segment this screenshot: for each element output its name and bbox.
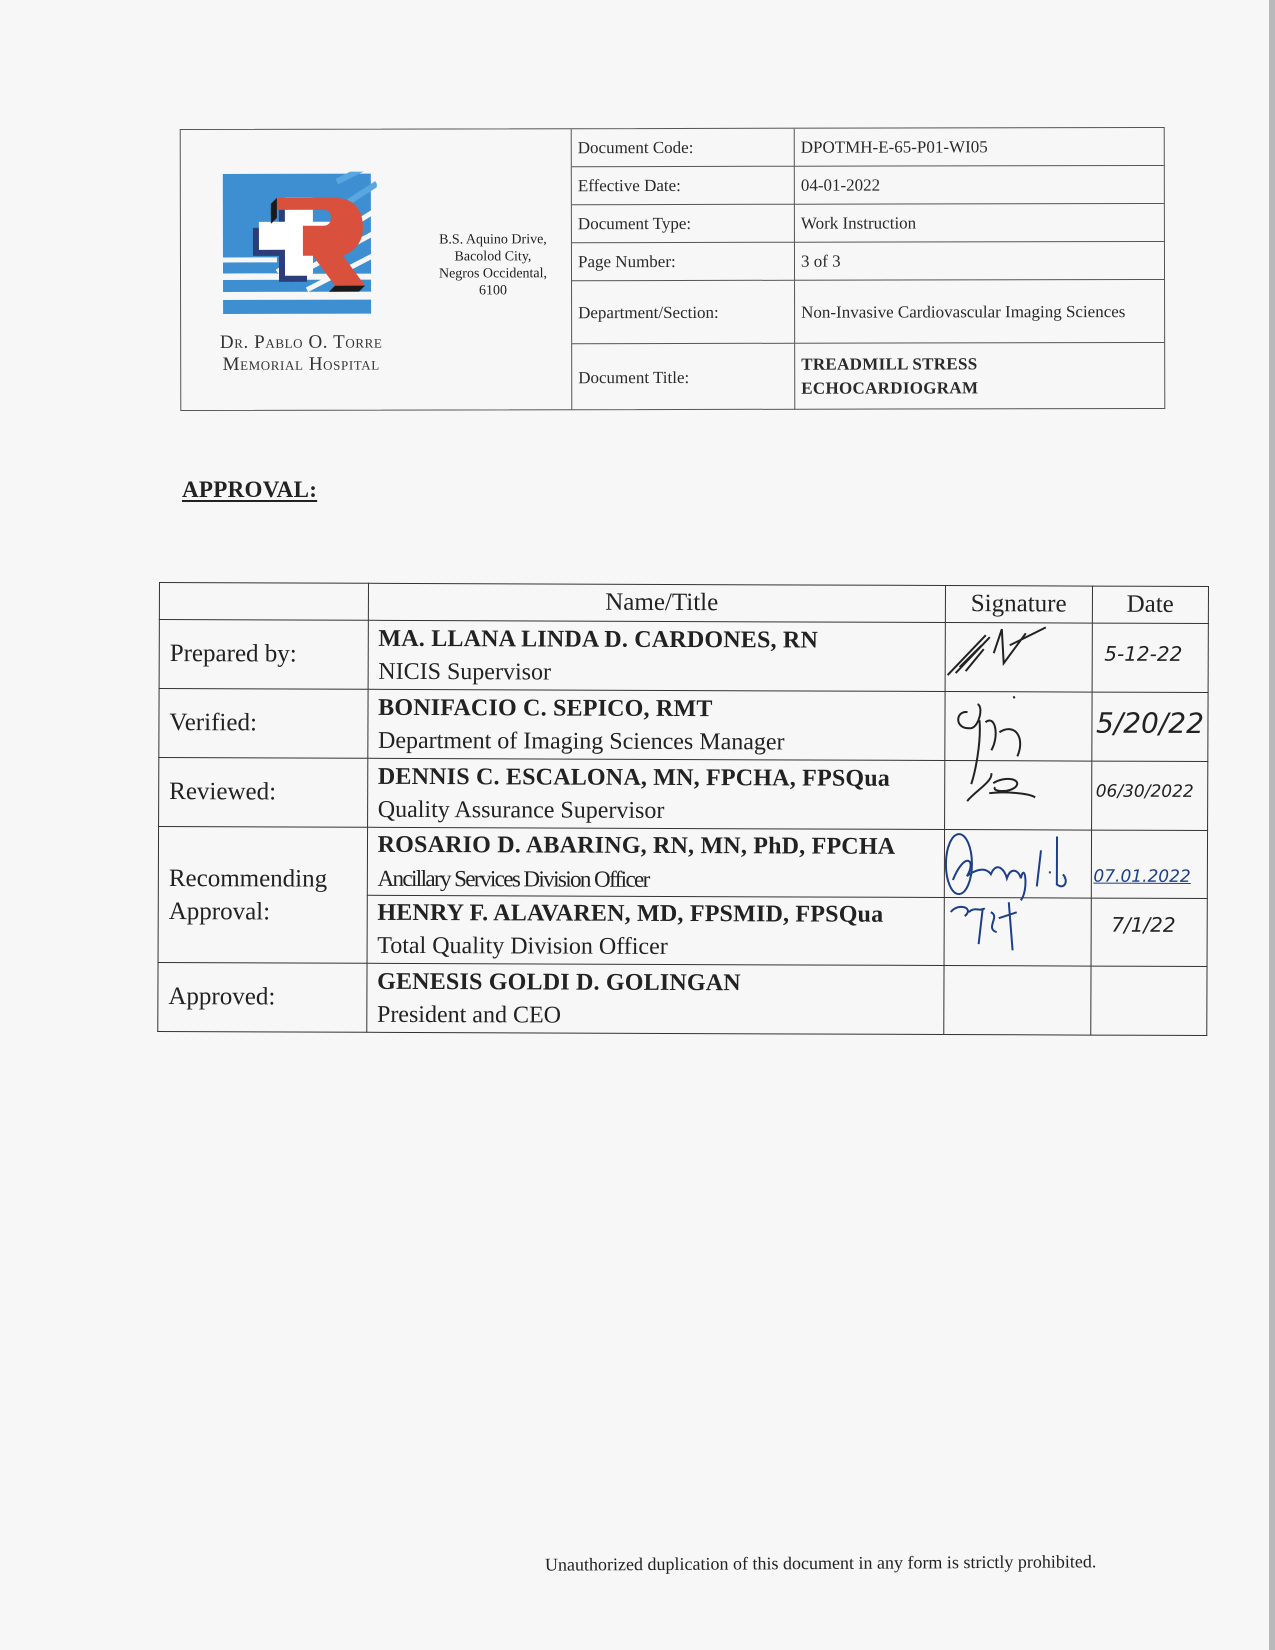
effective-date-value: 04-01-2022 xyxy=(794,165,1164,204)
name-title-cell: HENRY F. ALAVAREN, MD, FPSMID, FPSQua To… xyxy=(367,895,945,965)
role-label: Reviewed: xyxy=(159,758,368,828)
signatory-title: NICIS Supervisor xyxy=(378,655,944,690)
role-label: Prepared by: xyxy=(159,620,368,690)
document-title-line: ECHOCARDIOGRAM xyxy=(801,376,1158,401)
handwritten-signature-icon xyxy=(945,761,1091,830)
name-title-cell: GENESIS GOLDI D. GOLINGAN President and … xyxy=(366,963,944,1034)
document-metadata-table: Document Code: DPOTMH-E-65-P01-WI05 Effe… xyxy=(572,128,1165,410)
signatory-title: President and CEO xyxy=(377,998,943,1033)
role-label: Recommending Approval: xyxy=(158,827,367,964)
meta-row-effective-date: Effective Date: 04-01-2022 xyxy=(572,165,1164,204)
role-label: Approved: xyxy=(158,962,367,1032)
footer-notice: Unauthorized duplication of this documen… xyxy=(545,1551,1097,1575)
approval-row-prepared: Prepared by: MA. LLANA LINDA D. CARDONES… xyxy=(159,620,1208,693)
address-line: B.S. Aquino Drive, xyxy=(413,231,573,248)
approval-row-approved: Approved: GENESIS GOLDI D. GOLINGAN Pres… xyxy=(158,962,1207,1035)
signature-cell-empty xyxy=(944,966,1091,1036)
address-line: Negros Occidental, xyxy=(413,265,573,282)
document-header: Dr. Pablo O. Torre Memorial Hospital B.S… xyxy=(180,127,1166,411)
hospital-name: Dr. Pablo O. Torre Memorial Hospital xyxy=(189,332,413,376)
signature-cell xyxy=(945,623,1092,693)
document-title-value: TREADMILL STRESS ECHOCARDIOGRAM xyxy=(795,342,1165,409)
date-cell: 5/20/22 xyxy=(1091,692,1208,761)
approval-row-reviewed: Reviewed: DENNIS C. ESCALONA, MN, FPCHA,… xyxy=(159,758,1208,831)
role-label: Verified: xyxy=(159,689,368,759)
signature-cell xyxy=(945,761,1092,831)
department-value: Non-Invasive Cardiovascular Imaging Scie… xyxy=(795,279,1165,343)
meta-row-document-code: Document Code: DPOTMH-E-65-P01-WI05 xyxy=(572,128,1164,167)
handwritten-date: 06/30/2022 xyxy=(1096,782,1194,802)
hospital-address: B.S. Aquino Drive, Bacolod City, Negros … xyxy=(413,231,573,299)
signature-cell xyxy=(944,830,1091,899)
approval-table: Name/Title Signature Date Prepared by: M… xyxy=(157,582,1209,1036)
date-cell: 5-12-22 xyxy=(1092,623,1209,692)
role-label-line: Recommending xyxy=(169,862,367,896)
name-title-cell: MA. LLANA LINDA D. CARDONES, RN NICIS Su… xyxy=(368,620,946,691)
approval-header-row: Name/Title Signature Date xyxy=(159,583,1208,624)
meta-label: Effective Date: xyxy=(572,166,795,204)
hospital-logo-icon xyxy=(217,172,377,324)
signatory-name: MA. LLANA LINDA D. CARDONES, RN xyxy=(378,621,944,657)
meta-row-document-title: Document Title: TREADMILL STRESS ECHOCAR… xyxy=(572,342,1164,410)
signature-cell xyxy=(944,898,1091,967)
column-header-role xyxy=(159,583,368,621)
address-line: 6100 xyxy=(413,282,573,299)
signature-cell xyxy=(945,692,1092,762)
handwritten-date: 5/20/22 xyxy=(1096,707,1204,740)
approval-heading: APPROVAL: xyxy=(182,477,317,503)
document-title-line: TREADMILL STRESS xyxy=(801,352,1158,377)
signatory-title: Ancillary Services Division Officer xyxy=(377,862,943,897)
meta-label: Department/Section: xyxy=(572,280,795,343)
approval-row-recommending-1: Recommending Approval: ROSARIO D. ABARIN… xyxy=(158,827,1207,899)
meta-row-page-number: Page Number: 3 of 3 xyxy=(572,241,1164,280)
column-header-date: Date xyxy=(1092,586,1209,623)
handwritten-signature-icon xyxy=(945,898,1091,963)
handwritten-date: 7/1/22 xyxy=(1111,913,1175,937)
handwritten-date: 07.01.2022 xyxy=(1093,867,1190,887)
signatory-name: ROSARIO D. ABARING, RN, MN, PhD, FPCHA xyxy=(378,828,944,864)
name-title-cell: DENNIS C. ESCALONA, MN, FPCHA, FPSQua Qu… xyxy=(367,758,945,829)
approval-table-wrapper: Name/Title Signature Date Prepared by: M… xyxy=(157,582,1209,1036)
meta-row-department: Department/Section: Non-Invasive Cardiov… xyxy=(572,279,1164,343)
handwritten-signature-icon xyxy=(945,692,1091,761)
signatory-title: Quality Assurance Supervisor xyxy=(378,793,944,828)
hospital-name-line1: Dr. Pablo O. Torre xyxy=(189,332,413,354)
meta-label: Document Title: xyxy=(572,343,795,410)
hospital-name-line2: Memorial Hospital xyxy=(189,354,413,376)
date-cell: 7/1/22 xyxy=(1091,898,1208,966)
scan-edge xyxy=(1269,0,1275,1650)
role-label-line: Approval: xyxy=(169,895,367,929)
signatory-name: GENESIS GOLDI D. GOLINGAN xyxy=(377,964,943,1000)
address-line: Bacolod City, xyxy=(413,248,573,265)
date-cell: 07.01.2022 xyxy=(1091,830,1208,898)
handwritten-date: 5-12-22 xyxy=(1104,642,1182,666)
date-cell-empty xyxy=(1090,966,1207,1035)
handwritten-signature-icon xyxy=(946,623,1092,692)
handwritten-signature-icon xyxy=(945,830,1091,895)
date-cell: 06/30/2022 xyxy=(1091,761,1208,830)
name-title-cell: ROSARIO D. ABARING, RN, MN, PhD, FPCHA A… xyxy=(367,827,945,897)
signatory-name: HENRY F. ALAVAREN, MD, FPSMID, FPSQua xyxy=(377,896,943,932)
name-title-cell: BONIFACIO C. SEPICO, RMT Department of I… xyxy=(367,689,945,760)
approval-row-verified: Verified: BONIFACIO C. SEPICO, RMT Depar… xyxy=(159,689,1208,762)
signatory-title: Department of Imaging Sciences Manager xyxy=(378,724,944,759)
document-code-value: DPOTMH-E-65-P01-WI05 xyxy=(794,128,1164,166)
signatory-title: Total Quality Division Officer xyxy=(377,930,943,965)
meta-label: Document Code: xyxy=(572,129,795,167)
meta-label: Page Number: xyxy=(572,242,795,280)
document-type-value: Work Instruction xyxy=(794,203,1164,242)
meta-label: Document Type: xyxy=(572,204,795,242)
column-header-signature: Signature xyxy=(945,586,1092,624)
page-number-value: 3 of 3 xyxy=(794,241,1164,280)
column-header-name-title: Name/Title xyxy=(368,583,945,622)
signatory-name: DENNIS C. ESCALONA, MN, FPCHA, FPSQua xyxy=(378,759,944,795)
signatory-name: BONIFACIO C. SEPICO, RMT xyxy=(378,690,944,726)
hospital-identity-cell: Dr. Pablo O. Torre Memorial Hospital B.S… xyxy=(181,129,573,410)
meta-row-document-type: Document Type: Work Instruction xyxy=(572,203,1164,242)
